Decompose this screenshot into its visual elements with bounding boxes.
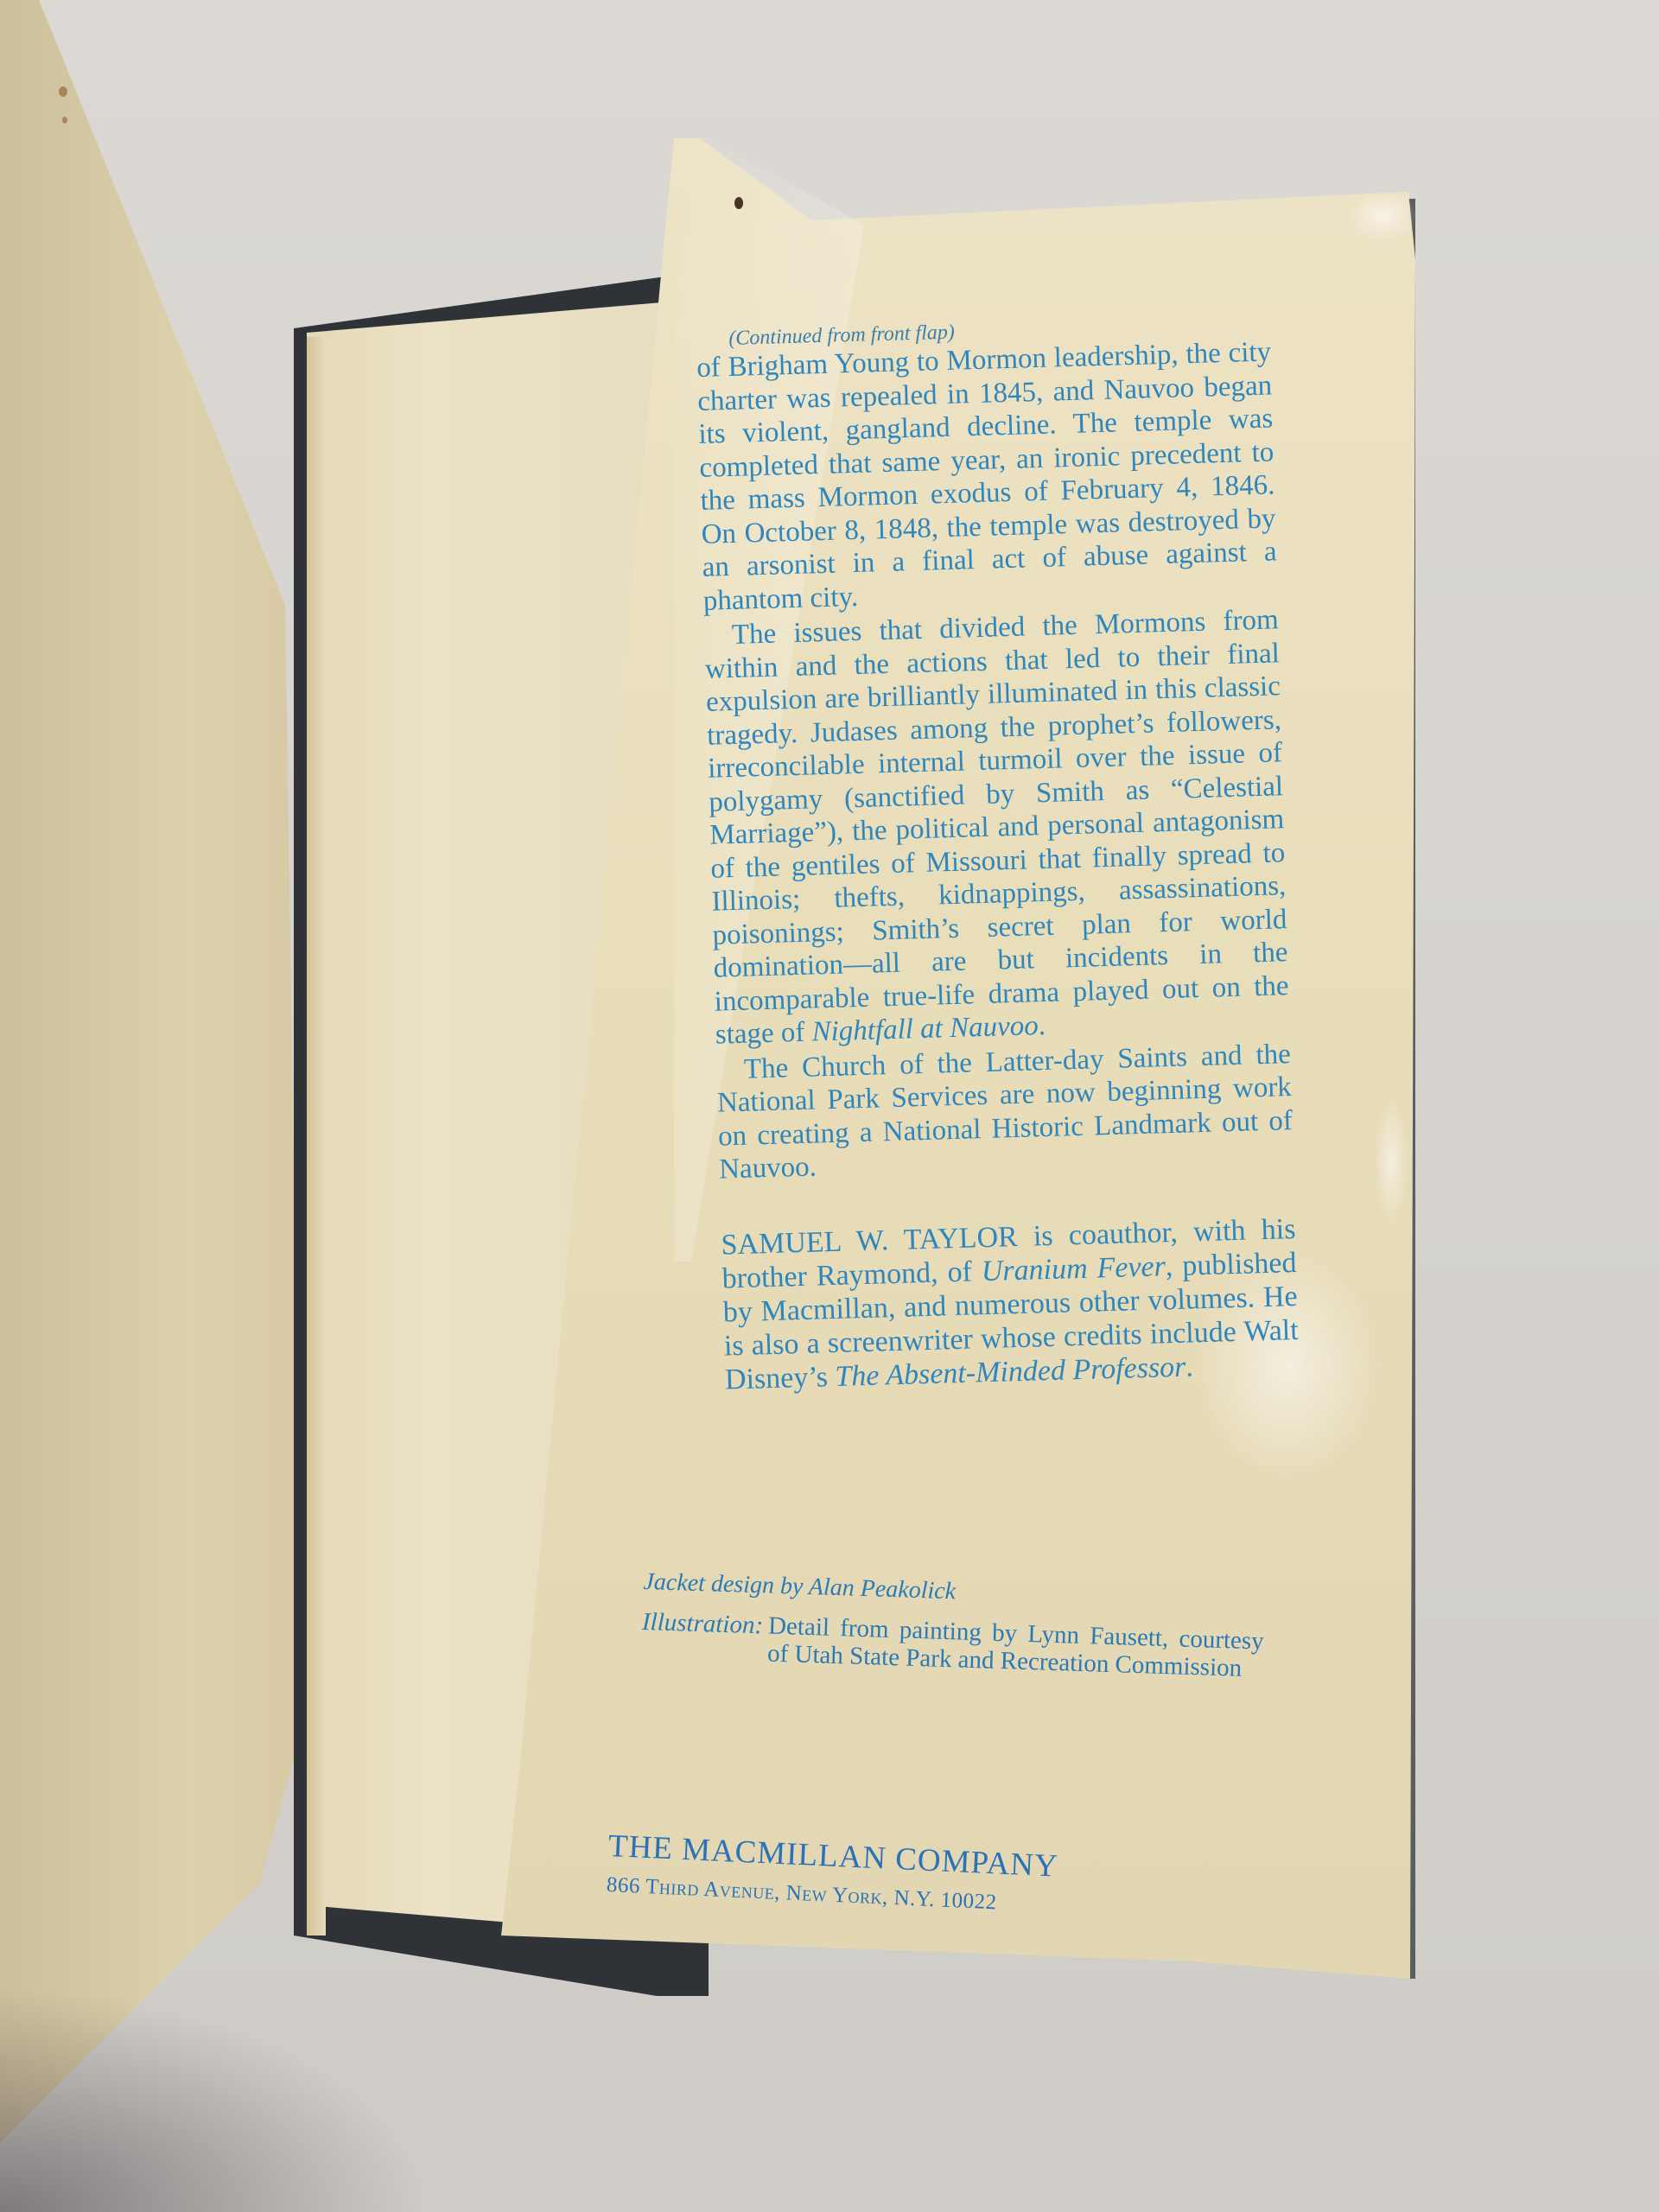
foxing-spot bbox=[62, 117, 67, 124]
book-title: Uranium Fever bbox=[981, 1250, 1166, 1287]
paragraph-1: of Brigham Young to Mormon leadership, t… bbox=[696, 335, 1278, 617]
foxing-spot bbox=[65, 52, 77, 71]
pin-hole bbox=[734, 197, 743, 209]
credits: Jacket design by Alan Peakolick Illustra… bbox=[641, 1568, 1266, 1683]
foxing-spot bbox=[59, 86, 67, 97]
shadow bbox=[0, 1987, 432, 2212]
author-bio: SAMUEL W. TAYLOR is coauthor, with his b… bbox=[721, 1212, 1300, 1396]
open-front-cover bbox=[0, 0, 311, 2212]
punctuation: . bbox=[1185, 1351, 1194, 1382]
book-title: Nightfall at Nauvoo bbox=[811, 1010, 1039, 1047]
paragraph-3: The Church of the Latter-day Saints and … bbox=[715, 1038, 1294, 1187]
paragraph-2-text: The issues that divided the Mormons from… bbox=[705, 604, 1289, 1050]
illustration-label: Illustration: bbox=[641, 1608, 764, 1667]
gutter bbox=[307, 337, 326, 1935]
paragraph-2: The issues that divided the Mormons from… bbox=[703, 603, 1290, 1052]
flap-text: (Continued from front flap) of Brigham Y… bbox=[696, 312, 1300, 1426]
punctuation: . bbox=[1038, 1010, 1046, 1041]
